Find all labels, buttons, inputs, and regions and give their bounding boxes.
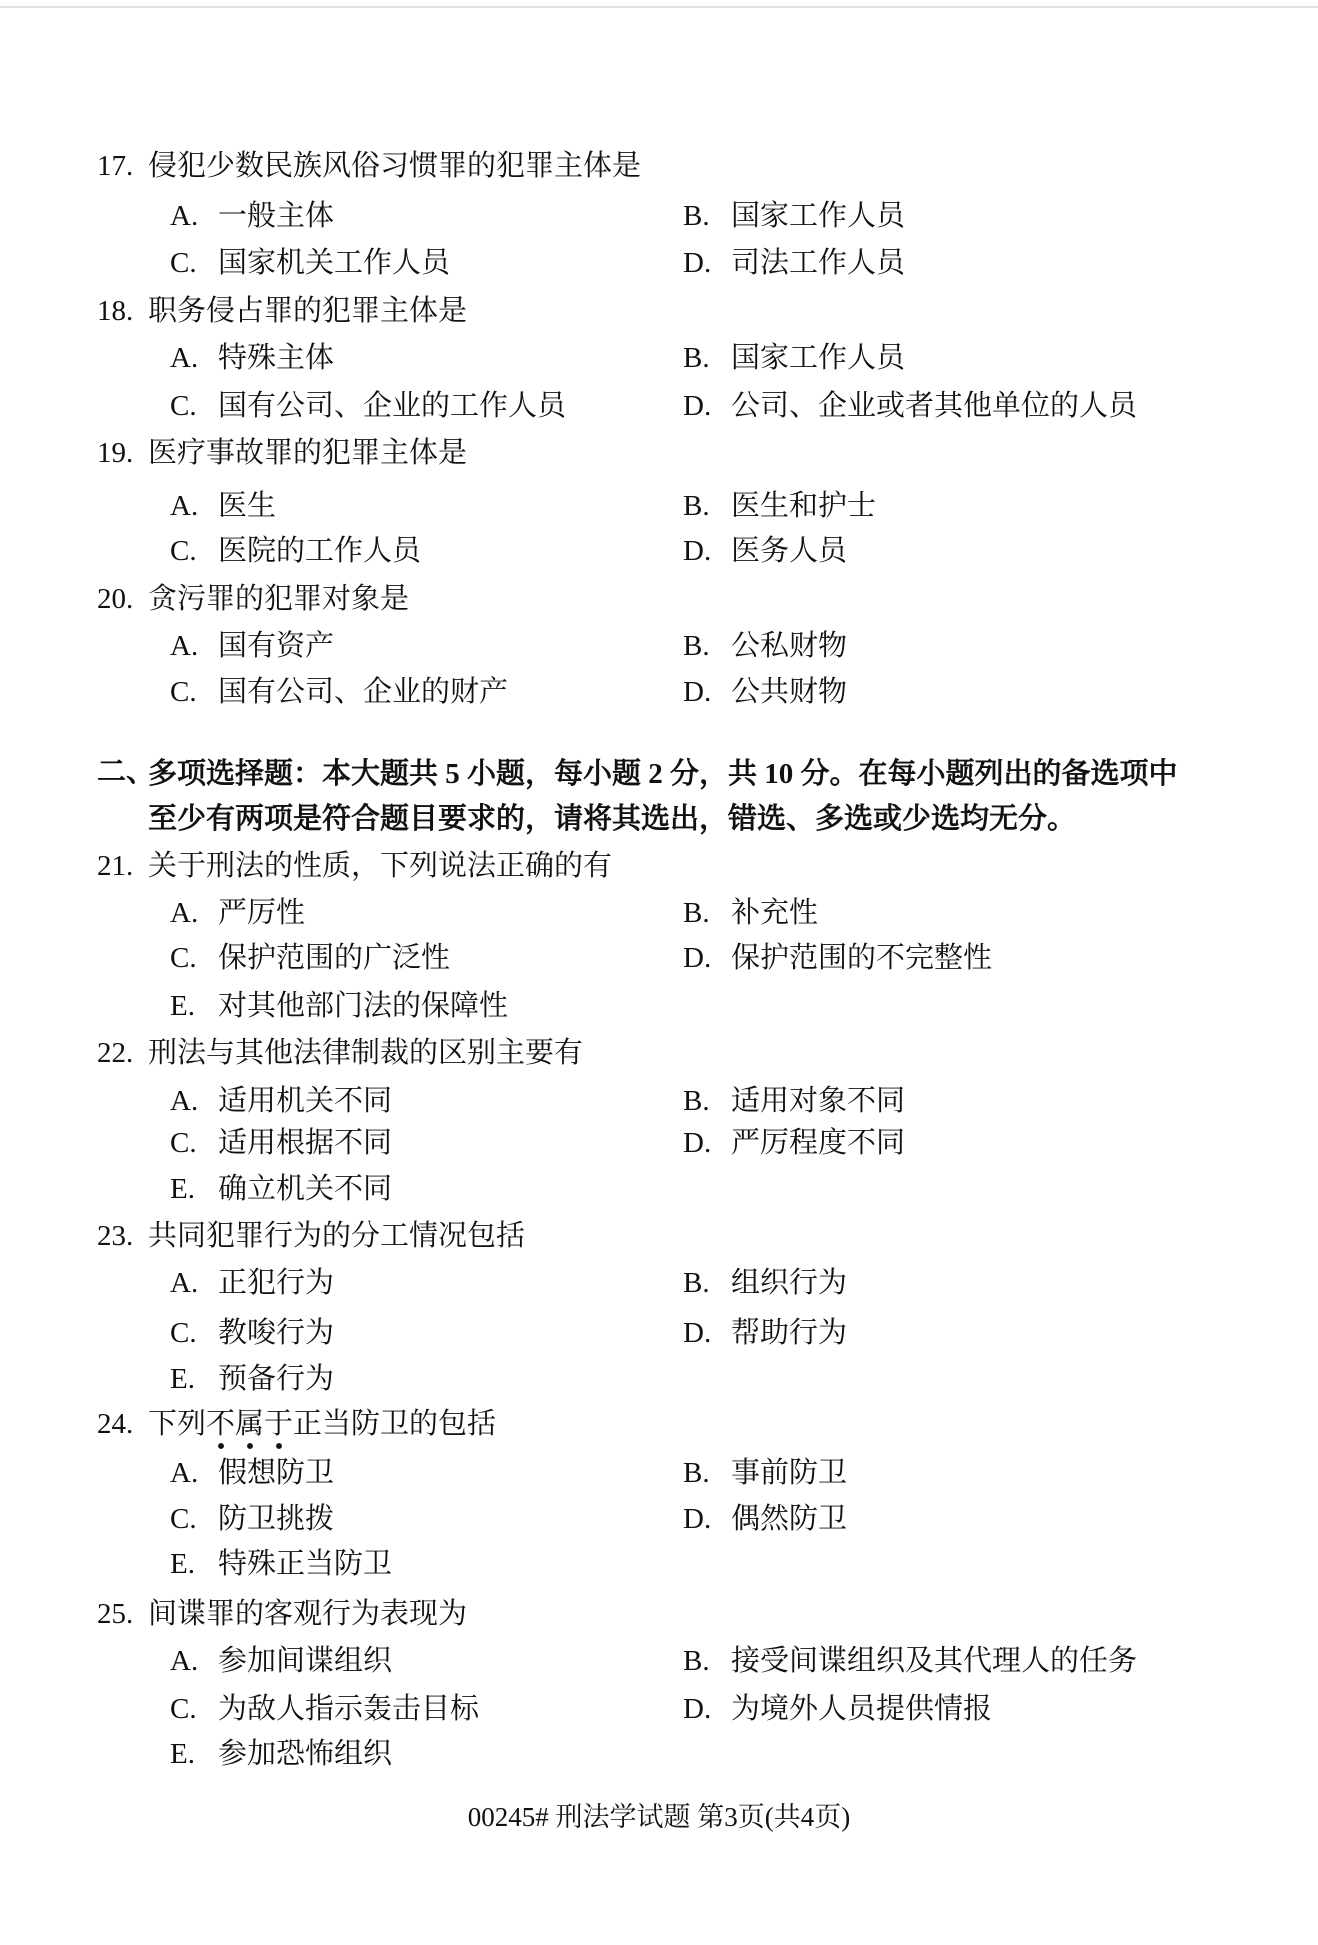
question-24-options-row-1: A.假想防卫 B.事前防卫 bbox=[0, 1453, 1318, 1495]
question-21: 21. 关于刑法的性质，下列说法正确的有 bbox=[0, 846, 1318, 888]
option-letter: E. bbox=[170, 1734, 218, 1774]
option-letter: E. bbox=[170, 1169, 218, 1209]
option-18-B: B.国家工作人员 bbox=[683, 338, 905, 378]
option-23-D: D.帮助行为 bbox=[683, 1313, 847, 1353]
page-footer: 00245# 刑法学试题 第3页(共4页) bbox=[0, 1800, 1318, 1834]
option-letter: D. bbox=[683, 1313, 731, 1353]
section-heading-text: 多项选择题：本大题共 5 小题，每小题 2 分，共 10 分。在每小题列出的备选… bbox=[148, 752, 1248, 842]
option-18-D: D.公司、企业或者其他单位的人员 bbox=[683, 386, 1137, 426]
option-letter: A. bbox=[170, 486, 218, 526]
option-text: 为境外人员提供情报 bbox=[731, 1693, 992, 1725]
option-text: 帮助行为 bbox=[731, 1317, 847, 1349]
question-18-options-row-1: A.特殊主体 B.国家工作人员 bbox=[0, 338, 1318, 380]
option-21-D: D.保护范围的不完整性 bbox=[683, 938, 992, 978]
option-21-C: C.保护范围的广泛性 bbox=[170, 938, 450, 978]
option-text: 严厉程度不同 bbox=[731, 1127, 905, 1159]
option-18-A: A.特殊主体 bbox=[170, 338, 334, 378]
question-20-options-row-2: C.国有公司、企业的财产 D.公共财物 bbox=[0, 672, 1318, 714]
question-18: 18. 职务侵占罪的犯罪主体是 bbox=[0, 291, 1318, 333]
question-20-options-row-1: A.国有资产 B.公私财物 bbox=[0, 626, 1318, 668]
option-20-B: B.公私财物 bbox=[683, 626, 847, 666]
question-23-options-row-1: A.正犯行为 B.组织行为 bbox=[0, 1263, 1318, 1305]
option-letter: A. bbox=[170, 1453, 218, 1493]
question-23-options-row-2: C.教唆行为 D.帮助行为 bbox=[0, 1313, 1318, 1355]
page-footer-text: 00245# 刑法学试题 第3页(共4页) bbox=[468, 1802, 850, 1832]
question-18-options-row-2: C.国有公司、企业的工作人员 D.公司、企业或者其他单位的人员 bbox=[0, 386, 1318, 428]
option-20-D: D.公共财物 bbox=[683, 672, 847, 712]
option-letter: B. bbox=[683, 1263, 731, 1303]
option-letter: C. bbox=[170, 1313, 218, 1353]
option-text: 司法工作人员 bbox=[731, 247, 905, 279]
option-letter: D. bbox=[683, 938, 731, 978]
option-letter: C. bbox=[170, 531, 218, 571]
option-letter: D. bbox=[683, 1499, 731, 1539]
question-21-options-row-2: C.保护范围的广泛性 D.保护范围的不完整性 bbox=[0, 938, 1318, 980]
option-19-C: C.医院的工作人员 bbox=[170, 531, 421, 571]
option-23-C: C.教唆行为 bbox=[170, 1313, 334, 1353]
option-letter: D. bbox=[683, 243, 731, 283]
option-17-B: B.国家工作人员 bbox=[683, 196, 905, 236]
option-21-B: B.补充性 bbox=[683, 893, 818, 933]
option-21-E: E.对其他部门法的保障性 bbox=[170, 986, 508, 1026]
question-19-options-row-2: C.医院的工作人员 D.医务人员 bbox=[0, 531, 1318, 573]
option-20-C: C.国有公司、企业的财产 bbox=[170, 672, 508, 712]
question-stem: 关于刑法的性质，下列说法正确的有 bbox=[148, 846, 612, 886]
option-letter: A. bbox=[170, 893, 218, 933]
option-text: 医生 bbox=[218, 490, 276, 522]
option-25-B: B.接受间谍组织及其代理人的任务 bbox=[683, 1641, 1137, 1681]
question-number: 24. bbox=[97, 1404, 133, 1444]
section-heading: 二、 多项选择题：本大题共 5 小题，每小题 2 分，共 10 分。在每小题列出… bbox=[0, 752, 1318, 844]
section-heading-line-2: 至少有两项是符合题目要求的，请将其选出，错选、多选或少选均无分。 bbox=[148, 797, 1248, 842]
option-17-D: D.司法工作人员 bbox=[683, 243, 905, 283]
option-text: 教唆行为 bbox=[218, 1317, 334, 1349]
option-text: 特殊正当防卫 bbox=[218, 1548, 392, 1580]
option-letter: E. bbox=[170, 1544, 218, 1584]
question-stem: 刑法与其他法律制裁的区别主要有 bbox=[148, 1033, 583, 1073]
scan-artifact-line bbox=[0, 6, 1318, 8]
question-stem: 间谍罪的客观行为表现为 bbox=[148, 1594, 467, 1634]
option-24-A: A.假想防卫 bbox=[170, 1453, 334, 1493]
option-letter: D. bbox=[683, 1123, 731, 1163]
question-25-options-row-2: C.为敌人指示轰击目标 D.为境外人员提供情报 bbox=[0, 1689, 1318, 1731]
question-24-options-row-3: E.特殊正当防卫 bbox=[0, 1544, 1318, 1586]
option-letter: B. bbox=[683, 1453, 731, 1493]
option-25-C: C.为敌人指示轰击目标 bbox=[170, 1689, 479, 1729]
option-text: 国家工作人员 bbox=[731, 200, 905, 232]
option-text: 为敌人指示轰击目标 bbox=[218, 1693, 479, 1725]
exam-page: 17. 侵犯少数民族风俗习惯罪的犯罪主体是 A.一般主体 B.国家工作人员 C.… bbox=[0, 0, 1318, 1945]
option-text: 公私财物 bbox=[731, 630, 847, 662]
question-number: 18. bbox=[97, 291, 133, 331]
option-22-C: C.适用根据不同 bbox=[170, 1123, 392, 1163]
option-24-B: B.事前防卫 bbox=[683, 1453, 847, 1493]
option-text: 防卫挑拨 bbox=[218, 1503, 334, 1535]
question-stem: 职务侵占罪的犯罪主体是 bbox=[148, 291, 467, 331]
option-letter: B. bbox=[683, 1641, 731, 1681]
option-23-E: E.预备行为 bbox=[170, 1359, 334, 1399]
option-letter: C. bbox=[170, 938, 218, 978]
option-letter: B. bbox=[683, 338, 731, 378]
question-25: 25. 间谍罪的客观行为表现为 bbox=[0, 1594, 1318, 1636]
option-19-D: D.医务人员 bbox=[683, 531, 847, 571]
question-number: 21. bbox=[97, 846, 133, 886]
option-text: 参加恐怖组织 bbox=[218, 1738, 392, 1770]
question-number: 19. bbox=[97, 433, 133, 473]
option-25-E: E.参加恐怖组织 bbox=[170, 1734, 392, 1774]
question-22: 22. 刑法与其他法律制裁的区别主要有 bbox=[0, 1033, 1318, 1075]
option-17-C: C.国家机关工作人员 bbox=[170, 243, 450, 283]
option-text: 医务人员 bbox=[731, 535, 847, 567]
question-23-options-row-3: E.预备行为 bbox=[0, 1359, 1318, 1401]
option-letter: D. bbox=[683, 672, 731, 712]
question-23: 23. 共同犯罪行为的分工情况包括 bbox=[0, 1216, 1318, 1258]
option-letter: B. bbox=[683, 893, 731, 933]
option-text: 确立机关不同 bbox=[218, 1173, 392, 1205]
question-20: 20. 贪污罪的犯罪对象是 bbox=[0, 579, 1318, 621]
question-19: 19. 医疗事故罪的犯罪主体是 bbox=[0, 433, 1318, 475]
question-17: 17. 侵犯少数民族风俗习惯罪的犯罪主体是 bbox=[0, 146, 1318, 188]
option-20-A: A.国有资产 bbox=[170, 626, 334, 666]
option-letter: B. bbox=[683, 486, 731, 526]
option-text: 国有公司、企业的工作人员 bbox=[218, 390, 566, 422]
option-24-D: D.偶然防卫 bbox=[683, 1499, 847, 1539]
question-stem: 医疗事故罪的犯罪主体是 bbox=[148, 433, 467, 473]
option-text: 公司、企业或者其他单位的人员 bbox=[731, 390, 1137, 422]
option-letter: A. bbox=[170, 1263, 218, 1303]
option-letter: C. bbox=[170, 1689, 218, 1729]
question-21-options-row-3: E.对其他部门法的保障性 bbox=[0, 986, 1318, 1028]
option-22-E: E.确立机关不同 bbox=[170, 1169, 392, 1209]
option-letter: E. bbox=[170, 986, 218, 1026]
question-number: 20. bbox=[97, 579, 133, 619]
option-letter: B. bbox=[683, 1081, 731, 1121]
option-letter: C. bbox=[170, 243, 218, 283]
stem-prefix: 下列 bbox=[148, 1408, 206, 1440]
option-letter: C. bbox=[170, 1123, 218, 1163]
option-text: 假想防卫 bbox=[218, 1457, 334, 1489]
option-letter: A. bbox=[170, 626, 218, 666]
option-text: 一般主体 bbox=[218, 200, 334, 232]
option-text: 国家工作人员 bbox=[731, 342, 905, 374]
option-text: 国有资产 bbox=[218, 630, 334, 662]
stem-emphasized: 不属于 bbox=[206, 1408, 293, 1450]
option-text: 医生和护士 bbox=[731, 490, 876, 522]
option-text: 国有公司、企业的财产 bbox=[218, 676, 508, 708]
option-text: 补充性 bbox=[731, 897, 818, 929]
option-text: 保护范围的广泛性 bbox=[218, 942, 450, 974]
question-22-options-row-3: E.确立机关不同 bbox=[0, 1169, 1318, 1211]
question-number: 25. bbox=[97, 1594, 133, 1634]
question-stem: 共同犯罪行为的分工情况包括 bbox=[148, 1216, 525, 1256]
option-23-A: A.正犯行为 bbox=[170, 1263, 334, 1303]
option-letter: A. bbox=[170, 1081, 218, 1121]
option-letter: B. bbox=[683, 196, 731, 236]
option-21-A: A.严厉性 bbox=[170, 893, 305, 933]
option-19-A: A.医生 bbox=[170, 486, 276, 526]
question-21-options-row-1: A.严厉性 B.补充性 bbox=[0, 893, 1318, 935]
stem-suffix: 正当防卫的包括 bbox=[293, 1408, 496, 1440]
option-19-B: B.医生和护士 bbox=[683, 486, 876, 526]
question-22-options-row-1: A.适用机关不同 B.适用对象不同 bbox=[0, 1081, 1318, 1123]
question-25-options-row-3: E.参加恐怖组织 bbox=[0, 1734, 1318, 1776]
question-number: 17. bbox=[97, 146, 133, 186]
option-25-A: A.参加间谍组织 bbox=[170, 1641, 392, 1681]
question-24: 24. 下列不属于正当防卫的包括 bbox=[0, 1404, 1318, 1446]
option-18-C: C.国有公司、企业的工作人员 bbox=[170, 386, 566, 426]
question-stem: 贪污罪的犯罪对象是 bbox=[148, 579, 409, 619]
option-text: 国家机关工作人员 bbox=[218, 247, 450, 279]
option-text: 特殊主体 bbox=[218, 342, 334, 374]
option-text: 严厉性 bbox=[218, 897, 305, 929]
option-text: 参加间谍组织 bbox=[218, 1645, 392, 1677]
option-text: 偶然防卫 bbox=[731, 1503, 847, 1535]
question-number: 22. bbox=[97, 1033, 133, 1073]
option-letter: D. bbox=[683, 531, 731, 571]
option-text: 事前防卫 bbox=[731, 1457, 847, 1489]
option-24-C: C.防卫挑拨 bbox=[170, 1499, 334, 1539]
option-23-B: B.组织行为 bbox=[683, 1263, 847, 1303]
option-text: 公共财物 bbox=[731, 676, 847, 708]
option-letter: C. bbox=[170, 1499, 218, 1539]
option-text: 保护范围的不完整性 bbox=[731, 942, 992, 974]
option-22-B: B.适用对象不同 bbox=[683, 1081, 905, 1121]
option-text: 接受间谍组织及其代理人的任务 bbox=[731, 1645, 1137, 1677]
option-letter: E. bbox=[170, 1359, 218, 1399]
option-text: 适用根据不同 bbox=[218, 1127, 392, 1159]
option-24-E: E.特殊正当防卫 bbox=[170, 1544, 392, 1584]
option-text: 组织行为 bbox=[731, 1267, 847, 1299]
question-stem: 侵犯少数民族风俗习惯罪的犯罪主体是 bbox=[148, 146, 641, 186]
option-text: 适用对象不同 bbox=[731, 1085, 905, 1117]
option-text: 对其他部门法的保障性 bbox=[218, 990, 508, 1022]
option-17-A: A.一般主体 bbox=[170, 196, 334, 236]
question-25-options-row-1: A.参加间谍组织 B.接受间谍组织及其代理人的任务 bbox=[0, 1641, 1318, 1683]
option-letter: A. bbox=[170, 1641, 218, 1681]
option-letter: B. bbox=[683, 626, 731, 666]
option-letter: D. bbox=[683, 386, 731, 426]
option-22-A: A.适用机关不同 bbox=[170, 1081, 392, 1121]
question-number: 23. bbox=[97, 1216, 133, 1256]
option-text: 预备行为 bbox=[218, 1363, 334, 1395]
section-heading-line-1: 多项选择题：本大题共 5 小题，每小题 2 分，共 10 分。在每小题列出的备选… bbox=[148, 752, 1248, 797]
question-22-options-row-2: C.适用根据不同 D.严厉程度不同 bbox=[0, 1123, 1318, 1165]
option-letter: C. bbox=[170, 386, 218, 426]
option-text: 医院的工作人员 bbox=[218, 535, 421, 567]
question-17-options-row-1: A.一般主体 B.国家工作人员 bbox=[0, 196, 1318, 238]
option-22-D: D.严厉程度不同 bbox=[683, 1123, 905, 1163]
question-24-options-row-2: C.防卫挑拨 D.偶然防卫 bbox=[0, 1499, 1318, 1541]
option-25-D: D.为境外人员提供情报 bbox=[683, 1689, 992, 1729]
option-letter: A. bbox=[170, 338, 218, 378]
option-letter: C. bbox=[170, 672, 218, 712]
question-17-options-row-2: C.国家机关工作人员 D.司法工作人员 bbox=[0, 243, 1318, 285]
question-stem: 下列不属于正当防卫的包括 bbox=[148, 1404, 496, 1444]
option-letter: D. bbox=[683, 1689, 731, 1729]
option-text: 适用机关不同 bbox=[218, 1085, 392, 1117]
option-text: 正犯行为 bbox=[218, 1267, 334, 1299]
option-letter: A. bbox=[170, 196, 218, 236]
section-marker: 二、 bbox=[97, 752, 155, 792]
question-19-options-row-1: A.医生 B.医生和护士 bbox=[0, 486, 1318, 528]
